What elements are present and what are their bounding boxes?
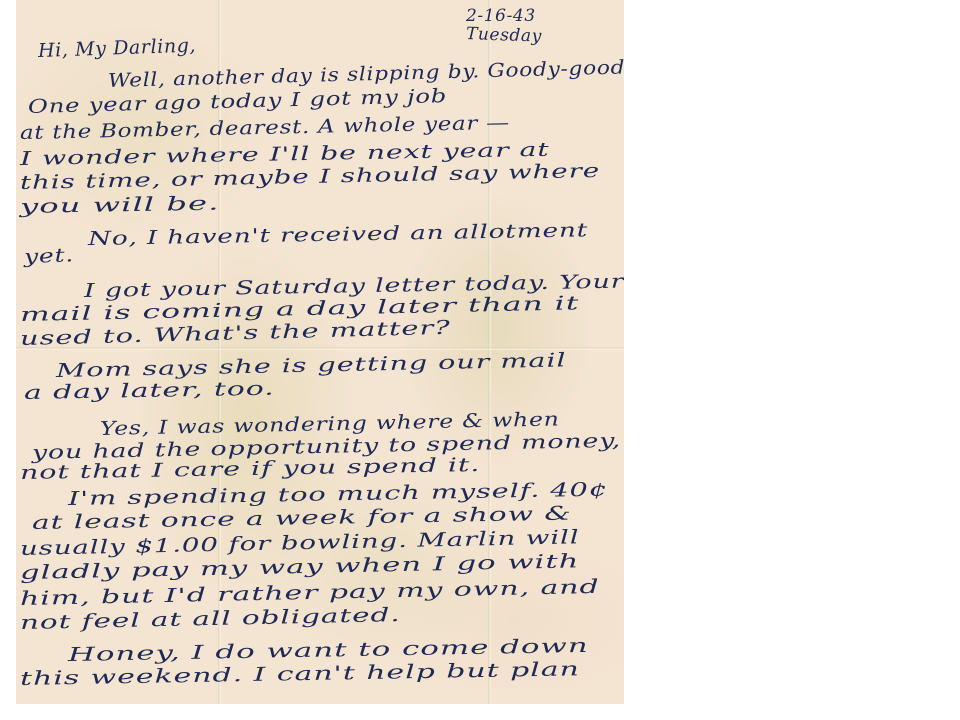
letter-line: One year ago today I got my job bbox=[28, 85, 448, 118]
letter-salutation: Hi, My Darling, bbox=[38, 34, 197, 62]
letter-line: yet. bbox=[24, 244, 75, 268]
letter-line: a day later, too. bbox=[24, 378, 275, 404]
letter-date: 2-16-43 bbox=[466, 6, 536, 26]
letter-line: No, I haven't received an allotment bbox=[88, 219, 588, 250]
letter-line: at the Bomber, dearest. A whole year — bbox=[20, 112, 510, 144]
letter-line: you will be. bbox=[20, 193, 220, 218]
letter-page: 2-16-43 Tuesday Hi, My Darling, Well, an… bbox=[16, 0, 624, 704]
letter-weekday: Tuesday bbox=[466, 24, 543, 47]
